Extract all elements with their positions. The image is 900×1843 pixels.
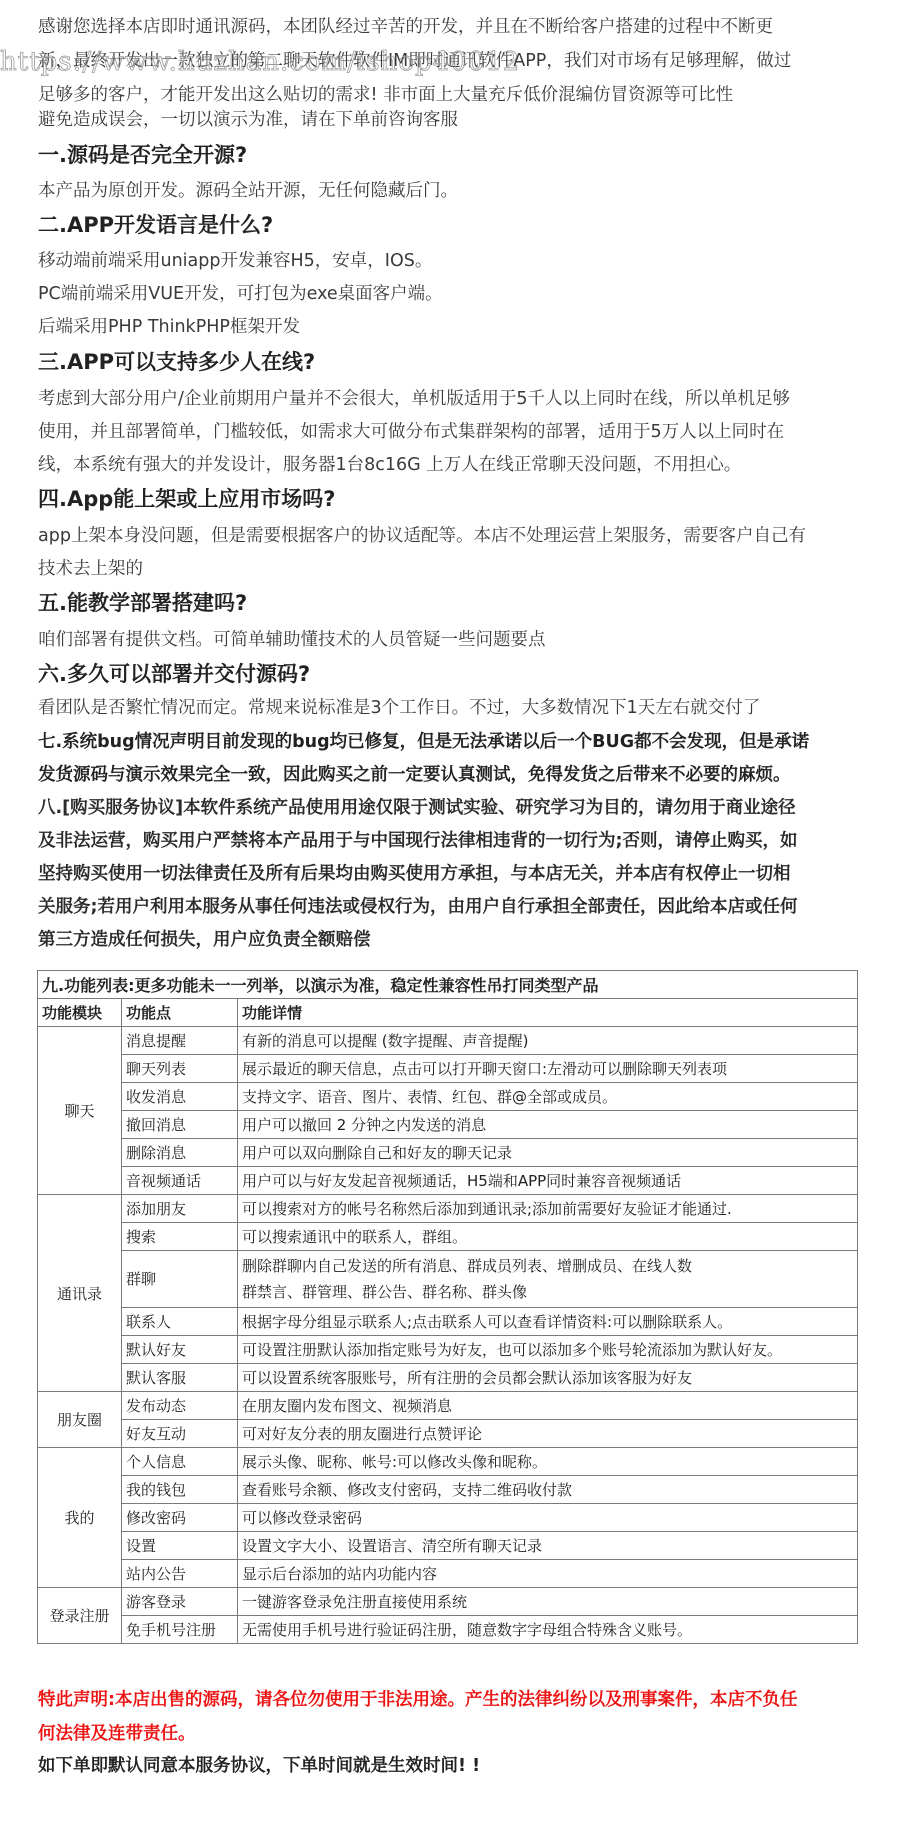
legal-notice: 何法律及连带责任。 bbox=[38, 1724, 196, 1744]
table-row: 通讯录 添加朋友 可以搜索对方的帐号名称然后添加到通讯录;添加前需要好友验证才能… bbox=[38, 1195, 858, 1223]
section-text: 线，本系统有强大的并发设计，服务器1台8c16G 上万人在线正常聊天没问题，不用… bbox=[38, 455, 741, 475]
table-row: 好友互动可对好友分表的朋友圈进行点赞评论 bbox=[38, 1420, 858, 1448]
col-header-module: 功能模块 bbox=[38, 999, 122, 1027]
section-heading: 二.APP开发语言是什么? bbox=[38, 213, 273, 237]
section-heading: 一.源码是否完全开源? bbox=[38, 143, 247, 167]
point-cell: 免手机号注册 bbox=[122, 1616, 238, 1644]
service-agreement: 第三方造成任何损失，用户应负责全额赔偿 bbox=[38, 930, 371, 950]
point-cell: 收发消息 bbox=[122, 1083, 238, 1111]
table-row: 免手机号注册无需使用手机号进行验证码注册，随意数字字母组合特殊含义账号。 bbox=[38, 1616, 858, 1644]
point-cell: 默认好友 bbox=[122, 1336, 238, 1364]
service-agreement: 八.[购买服务协议]本软件系统产品使用用途仅限于测试实验、研究学习为目的，请勿用… bbox=[38, 798, 796, 818]
table-row: 修改密码可以修改登录密码 bbox=[38, 1504, 858, 1532]
detail-cell: 可以修改登录密码 bbox=[238, 1504, 858, 1532]
module-cell: 我的 bbox=[38, 1448, 122, 1588]
point-cell: 撤回消息 bbox=[122, 1111, 238, 1139]
intro-line: 新，最终开发出一款独立的第二聊天软件软件IM即时通讯软件APP，我们对市场有足够… bbox=[38, 51, 791, 71]
detail-cell: 在朋友圈内发布图文、视频消息 bbox=[238, 1392, 858, 1420]
table-row: 我的钱包查看账号余额、修改支付密码，支持二维码收付款 bbox=[38, 1476, 858, 1504]
section-heading: 三.APP可以支持多少人在线? bbox=[38, 350, 315, 374]
table-row: 撤回消息用户可以撤回 2 分钟之内发送的消息 bbox=[38, 1111, 858, 1139]
detail-line: 群禁言、群管理、群公告、群名称、群头像 bbox=[242, 1279, 853, 1305]
section-text: 咱们部署有提供文档。可简单辅助懂技术的人员管疑一些问题要点 bbox=[38, 630, 546, 650]
detail-cell: 可对好友分表的朋友圈进行点赞评论 bbox=[238, 1420, 858, 1448]
section-text: 看团队是否繁忙情况而定。常规来说标准是3个工作日。不过，大多数情况下1天左右就交… bbox=[38, 698, 760, 718]
intro-line: 避免造成误会，一切以演示为准，请在下单前咨询客服 bbox=[38, 110, 458, 130]
point-cell: 游客登录 bbox=[122, 1588, 238, 1616]
intro-line: 感谢您选择本店即时通讯源码，本团队经过辛苦的开发，并且在不断给客户搭建的过程中不… bbox=[38, 17, 773, 37]
bug-statement: 发货源码与演示效果完全一致，因此购买之前一定要认真测试，免得发货之后带来不必要的… bbox=[38, 765, 791, 785]
module-cell: 通讯录 bbox=[38, 1195, 122, 1392]
point-cell: 联系人 bbox=[122, 1308, 238, 1336]
table-row: 聊天列表展示最近的聊天信息，点击可以打开聊天窗口:左滑动可以删除聊天列表项 bbox=[38, 1055, 858, 1083]
detail-cell: 用户可以撤回 2 分钟之内发送的消息 bbox=[238, 1111, 858, 1139]
module-cell: 登录注册 bbox=[38, 1588, 122, 1644]
detail-cell: 可以搜索通讯中的联系人，群组。 bbox=[238, 1223, 858, 1251]
point-cell: 个人信息 bbox=[122, 1448, 238, 1476]
legal-notice: 特此声明:本店出售的源码，请各位勿使用于非法用途。产生的法律纠纷以及刑事案件，本… bbox=[38, 1690, 798, 1710]
point-cell: 搜索 bbox=[122, 1223, 238, 1251]
detail-cell: 可设置注册默认添加指定账号为好友，也可以添加多个账号轮流添加为默认好友。 bbox=[238, 1336, 858, 1364]
table-row: 设置设置文字大小、设置语言、清空所有聊天记录 bbox=[38, 1532, 858, 1560]
table-row: 聊天 消息提醒 有新的消息可以提醒 (数字提醒、声音提醒) bbox=[38, 1027, 858, 1055]
detail-cell: 支持文字、语音、图片、表情、红包、群@全部或成员。 bbox=[238, 1083, 858, 1111]
section-heading: 六.多久可以部署并交付源码? bbox=[38, 662, 310, 686]
detail-cell: 可以设置系统客服账号，所有注册的会员都会默认添加该客服为好友 bbox=[238, 1364, 858, 1392]
col-header-point: 功能点 bbox=[122, 999, 238, 1027]
service-agreement: 坚持购买使用一切法律责任及所有后果均由购买使用方承担，与本店无关，并本店有权停止… bbox=[38, 864, 791, 884]
section-text: 本产品为原创开发。源码全站开源，无任何隐藏后门。 bbox=[38, 181, 458, 201]
detail-cell: 用户可以与好友发起音视频通话，H5端和APP同时兼容音视频通话 bbox=[238, 1167, 858, 1195]
table-row: 朋友圈 发布动态 在朋友圈内发布图文、视频消息 bbox=[38, 1392, 858, 1420]
table-row: 音视频通话用户可以与好友发起音视频通话，H5端和APP同时兼容音视频通话 bbox=[38, 1167, 858, 1195]
service-agreement: 及非法运营，购买用户严禁将本产品用于与中国现行法律相违背的一切行为;否则，请停止… bbox=[38, 831, 798, 851]
module-cell: 朋友圈 bbox=[38, 1392, 122, 1448]
detail-cell: 可以搜索对方的帐号名称然后添加到通讯录;添加前需要好友验证才能通过. bbox=[238, 1195, 858, 1223]
point-cell: 发布动态 bbox=[122, 1392, 238, 1420]
table-row: 群聊 删除群聊内自己发送的所有消息、群成员列表、增删成员、在线人数 群禁言、群管… bbox=[38, 1251, 858, 1308]
table-row: 删除消息用户可以双向删除自己和好友的聊天记录 bbox=[38, 1139, 858, 1167]
point-cell: 修改密码 bbox=[122, 1504, 238, 1532]
detail-cell: 查看账号余额、修改支付密码，支持二维码收付款 bbox=[238, 1476, 858, 1504]
point-cell: 群聊 bbox=[122, 1251, 238, 1308]
detail-cell: 有新的消息可以提醒 (数字提醒、声音提醒) bbox=[238, 1027, 858, 1055]
detail-cell: 显示后台添加的站内功能内容 bbox=[238, 1560, 858, 1588]
table-row: 站内公告显示后台添加的站内功能内容 bbox=[38, 1560, 858, 1588]
detail-cell: 展示头像、昵称、帐号:可以修改头像和昵称。 bbox=[238, 1448, 858, 1476]
detail-cell: 一键游客登录免注册直接使用系统 bbox=[238, 1588, 858, 1616]
point-cell: 消息提醒 bbox=[122, 1027, 238, 1055]
detail-cell: 无需使用手机号进行验证码注册，随意数字字母组合特殊含义账号。 bbox=[238, 1616, 858, 1644]
col-header-detail: 功能详情 bbox=[238, 999, 858, 1027]
point-cell: 设置 bbox=[122, 1532, 238, 1560]
section-text: 技术去上架的 bbox=[38, 559, 143, 579]
table-row: 登录注册 游客登录 一键游客登录免注册直接使用系统 bbox=[38, 1588, 858, 1616]
service-agreement: 关服务;若用户利用本服务从事任何违法或侵权行为，由用户自行承担全部责任，因此给本… bbox=[38, 897, 798, 917]
point-cell: 删除消息 bbox=[122, 1139, 238, 1167]
section-text: 移动端前端采用uniapp开发兼容H5，安卓，IOS。 bbox=[38, 251, 432, 271]
section-heading: 五.能教学部署搭建吗? bbox=[38, 591, 247, 615]
detail-cell: 根据字母分组显示联系人;点击联系人可以查看详情资料:可以删除联系人。 bbox=[238, 1308, 858, 1336]
table-title: 九.功能列表:更多功能未一一列举，以演示为准，稳定性兼容性吊打同类型产品 bbox=[38, 971, 858, 999]
section-text: 使用，并且部署简单，门槛较低，如需求大可做分布式集群架构的部署，适用于5万人以上… bbox=[38, 422, 784, 442]
table-row: 收发消息支持文字、语音、图片、表情、红包、群@全部或成员。 bbox=[38, 1083, 858, 1111]
point-cell: 站内公告 bbox=[122, 1560, 238, 1588]
table-row: 联系人根据字母分组显示联系人;点击联系人可以查看详情资料:可以删除联系人。 bbox=[38, 1308, 858, 1336]
point-cell: 聊天列表 bbox=[122, 1055, 238, 1083]
point-cell: 添加朋友 bbox=[122, 1195, 238, 1223]
detail-cell: 用户可以双向删除自己和好友的聊天记录 bbox=[238, 1139, 858, 1167]
point-cell: 好友互动 bbox=[122, 1420, 238, 1448]
point-cell: 默认客服 bbox=[122, 1364, 238, 1392]
section-text: app上架本身没问题，但是需要根据客户的协议适配等。本店不处理运营上架服务，需要… bbox=[38, 526, 806, 546]
agreement-notice: 如下单即默认同意本服务协议，下单时间就是生效时间! ! bbox=[38, 1756, 480, 1776]
detail-cell: 设置文字大小、设置语言、清空所有聊天记录 bbox=[238, 1532, 858, 1560]
feature-table: 九.功能列表:更多功能未一一列举，以演示为准，稳定性兼容性吊打同类型产品 功能模… bbox=[37, 970, 858, 1644]
point-cell: 音视频通话 bbox=[122, 1167, 238, 1195]
bug-statement: 七.系统bug情况声明目前发现的bug均已修复，但是无法承诺以后一个BUG都不会… bbox=[38, 732, 809, 752]
detail-cell: 删除群聊内自己发送的所有消息、群成员列表、增删成员、在线人数 群禁言、群管理、群… bbox=[238, 1251, 858, 1308]
section-heading: 四.App能上架或上应用市场吗? bbox=[38, 487, 335, 511]
section-text: PC端前端采用VUE开发，可打包为exe桌面客户端。 bbox=[38, 284, 443, 304]
detail-cell: 展示最近的聊天信息，点击可以打开聊天窗口:左滑动可以删除聊天列表项 bbox=[238, 1055, 858, 1083]
intro-line: 足够多的客户，才能开发出这么贴切的需求! 非市面上大量充斥低价混编仿冒资源等可比… bbox=[38, 85, 733, 105]
detail-line: 删除群聊内自己发送的所有消息、群成员列表、增删成员、在线人数 bbox=[242, 1253, 853, 1279]
section-text: 后端采用PHP ThinkPHP框架开发 bbox=[38, 317, 300, 337]
point-cell: 我的钱包 bbox=[122, 1476, 238, 1504]
table-row: 默认客服可以设置系统客服账号，所有注册的会员都会默认添加该客服为好友 bbox=[38, 1364, 858, 1392]
table-row: 搜索可以搜索通讯中的联系人，群组。 bbox=[38, 1223, 858, 1251]
table-row: 默认好友可设置注册默认添加指定账号为好友，也可以添加多个账号轮流添加为默认好友。 bbox=[38, 1336, 858, 1364]
section-text: 考虑到大部分用户/企业前期用户量并不会很大，单机版适用于5千人以上同时在线，所以… bbox=[38, 389, 790, 409]
module-cell: 聊天 bbox=[38, 1027, 122, 1195]
table-row: 我的 个人信息 展示头像、昵称、帐号:可以修改头像和昵称。 bbox=[38, 1448, 858, 1476]
